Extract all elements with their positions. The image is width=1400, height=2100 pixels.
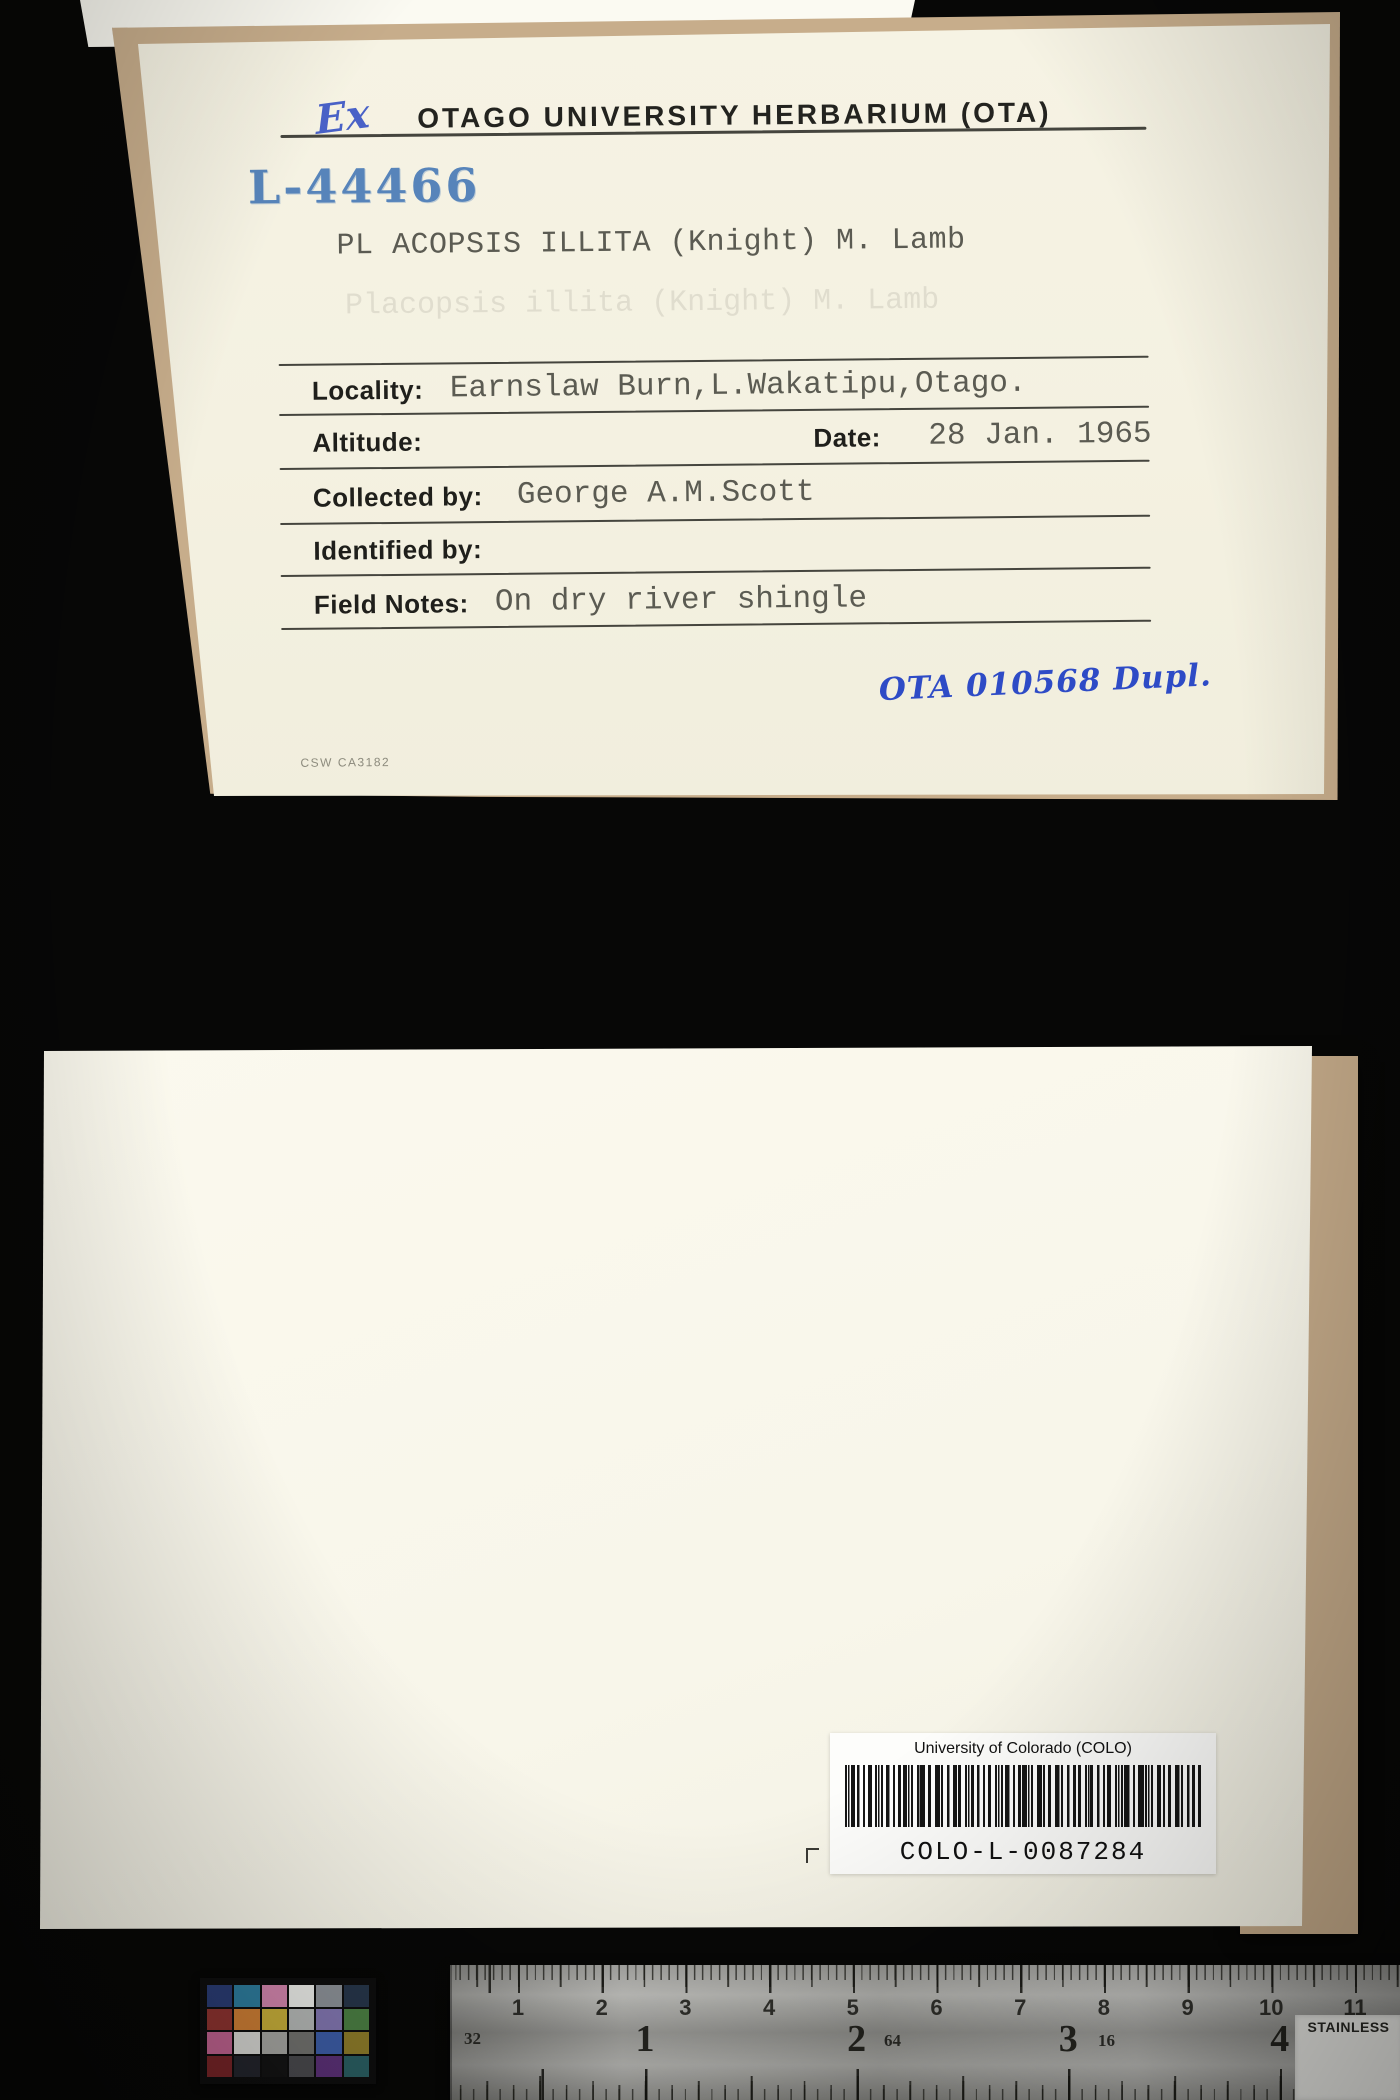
ruler-inch-number: 4	[1270, 2017, 1289, 2061]
color-patch	[207, 2032, 232, 2054]
ruler-fraction-64: 64	[884, 2031, 901, 2051]
institution-name: University of Colorado (COLO)	[830, 1740, 1216, 1758]
altitude-label: Altitude:	[312, 427, 422, 459]
color-patch	[344, 2032, 369, 2054]
ruler-fraction-32: 32	[464, 2029, 481, 2049]
color-patch	[289, 2009, 314, 2031]
herbarium-label-card: Ex OTAGO UNIVERSITY HERBARIUM (OTA) L-44…	[0, 0, 1400, 810]
field-notes-label: Field Notes:	[314, 588, 469, 620]
color-patch	[207, 1985, 232, 2007]
ruler-cm-number: 3	[679, 1995, 691, 2021]
color-patch	[316, 1985, 341, 2007]
specimen-photo: Ex OTAGO UNIVERSITY HERBARIUM (OTA) L-44…	[0, 0, 1400, 2100]
ruler-inch-number: 1	[636, 2017, 655, 2061]
color-patch	[316, 2032, 341, 2054]
field-notes-value: On dry river shingle	[495, 581, 867, 620]
color-patch	[344, 2009, 369, 2031]
collected-by-label: Collected by:	[313, 481, 483, 514]
ruler-cm-number: 1	[512, 1995, 524, 2021]
barcode-label: University of Colorado (COLO) COLO-L-008…	[830, 1733, 1216, 1874]
corner-crop-mark	[806, 1848, 819, 1863]
color-calibration-chart	[200, 1978, 376, 2084]
ruler-inch-ticks	[452, 2069, 1400, 2100]
locality-value: Earnslaw Burn,L.Wakatipu,Otago.	[450, 366, 1027, 407]
field-rule	[280, 515, 1150, 526]
color-patch	[316, 2056, 341, 2078]
barcode-number: COLO-L-0087284	[830, 1837, 1216, 1867]
color-patch	[289, 1985, 314, 2007]
field-rule	[281, 620, 1151, 631]
field-rule	[279, 356, 1149, 367]
color-patch	[289, 2056, 314, 2078]
ruler-cm-ticks	[452, 1965, 1400, 1993]
collected-by-value: George A.M.Scott	[517, 475, 815, 513]
field-rule	[281, 567, 1151, 578]
printer-code: CSW CA3182	[300, 755, 390, 770]
accession-number-stamp: L-44466	[248, 158, 481, 214]
field-rule	[279, 406, 1149, 417]
species-ghost-line: Placopsis illita (Knight) M. Lamb	[345, 284, 939, 324]
date-label: Date:	[813, 422, 881, 454]
identified-by-label: Identified by:	[313, 534, 482, 567]
color-patch	[234, 2056, 259, 2078]
ruler-cm-number: 4	[763, 1995, 775, 2021]
barcode	[845, 1765, 1201, 1827]
ruler-cm-number: 2	[596, 1995, 608, 2021]
color-patch	[316, 2009, 341, 2031]
color-patch	[207, 2056, 232, 2078]
ruler: 1234567891011 1234 32 64 16 STAINLESS	[450, 1965, 1400, 2100]
ruler-cm-number: 7	[1014, 1995, 1026, 2021]
ruler-fraction-16: 16	[1098, 2031, 1115, 2051]
color-patch	[344, 1985, 369, 2007]
ota-duplicate-handwritten-note: OTA 010568 Dupl.	[878, 657, 1212, 708]
ruler-sticker: STAINLESS	[1295, 2015, 1400, 2100]
date-value: 28 Jan. 1965	[928, 417, 1152, 454]
ruler-cm-number: 6	[930, 1995, 942, 2021]
color-patch	[207, 2009, 232, 2031]
ruler-inch-number: 2	[847, 2017, 866, 2061]
species-name: PL ACOPSIS ILLITA (Knight) M. Lamb	[336, 223, 965, 263]
color-patch	[234, 1985, 259, 2007]
color-patch	[289, 2032, 314, 2054]
ruler-inch-number: 3	[1059, 2017, 1078, 2061]
color-patch	[234, 2009, 259, 2031]
color-patch	[262, 1985, 287, 2007]
ruler-cm-number: 8	[1098, 1995, 1110, 2021]
color-patch	[234, 2032, 259, 2054]
color-patch	[344, 2056, 369, 2078]
ruler-brand: STAINLESS	[1295, 2019, 1400, 2035]
color-patch	[262, 2032, 287, 2054]
ruler-cm-number: 9	[1181, 1995, 1193, 2021]
locality-label: Locality:	[312, 375, 424, 407]
color-patch	[262, 2056, 287, 2078]
field-rule	[280, 460, 1150, 471]
color-patch	[262, 2009, 287, 2031]
